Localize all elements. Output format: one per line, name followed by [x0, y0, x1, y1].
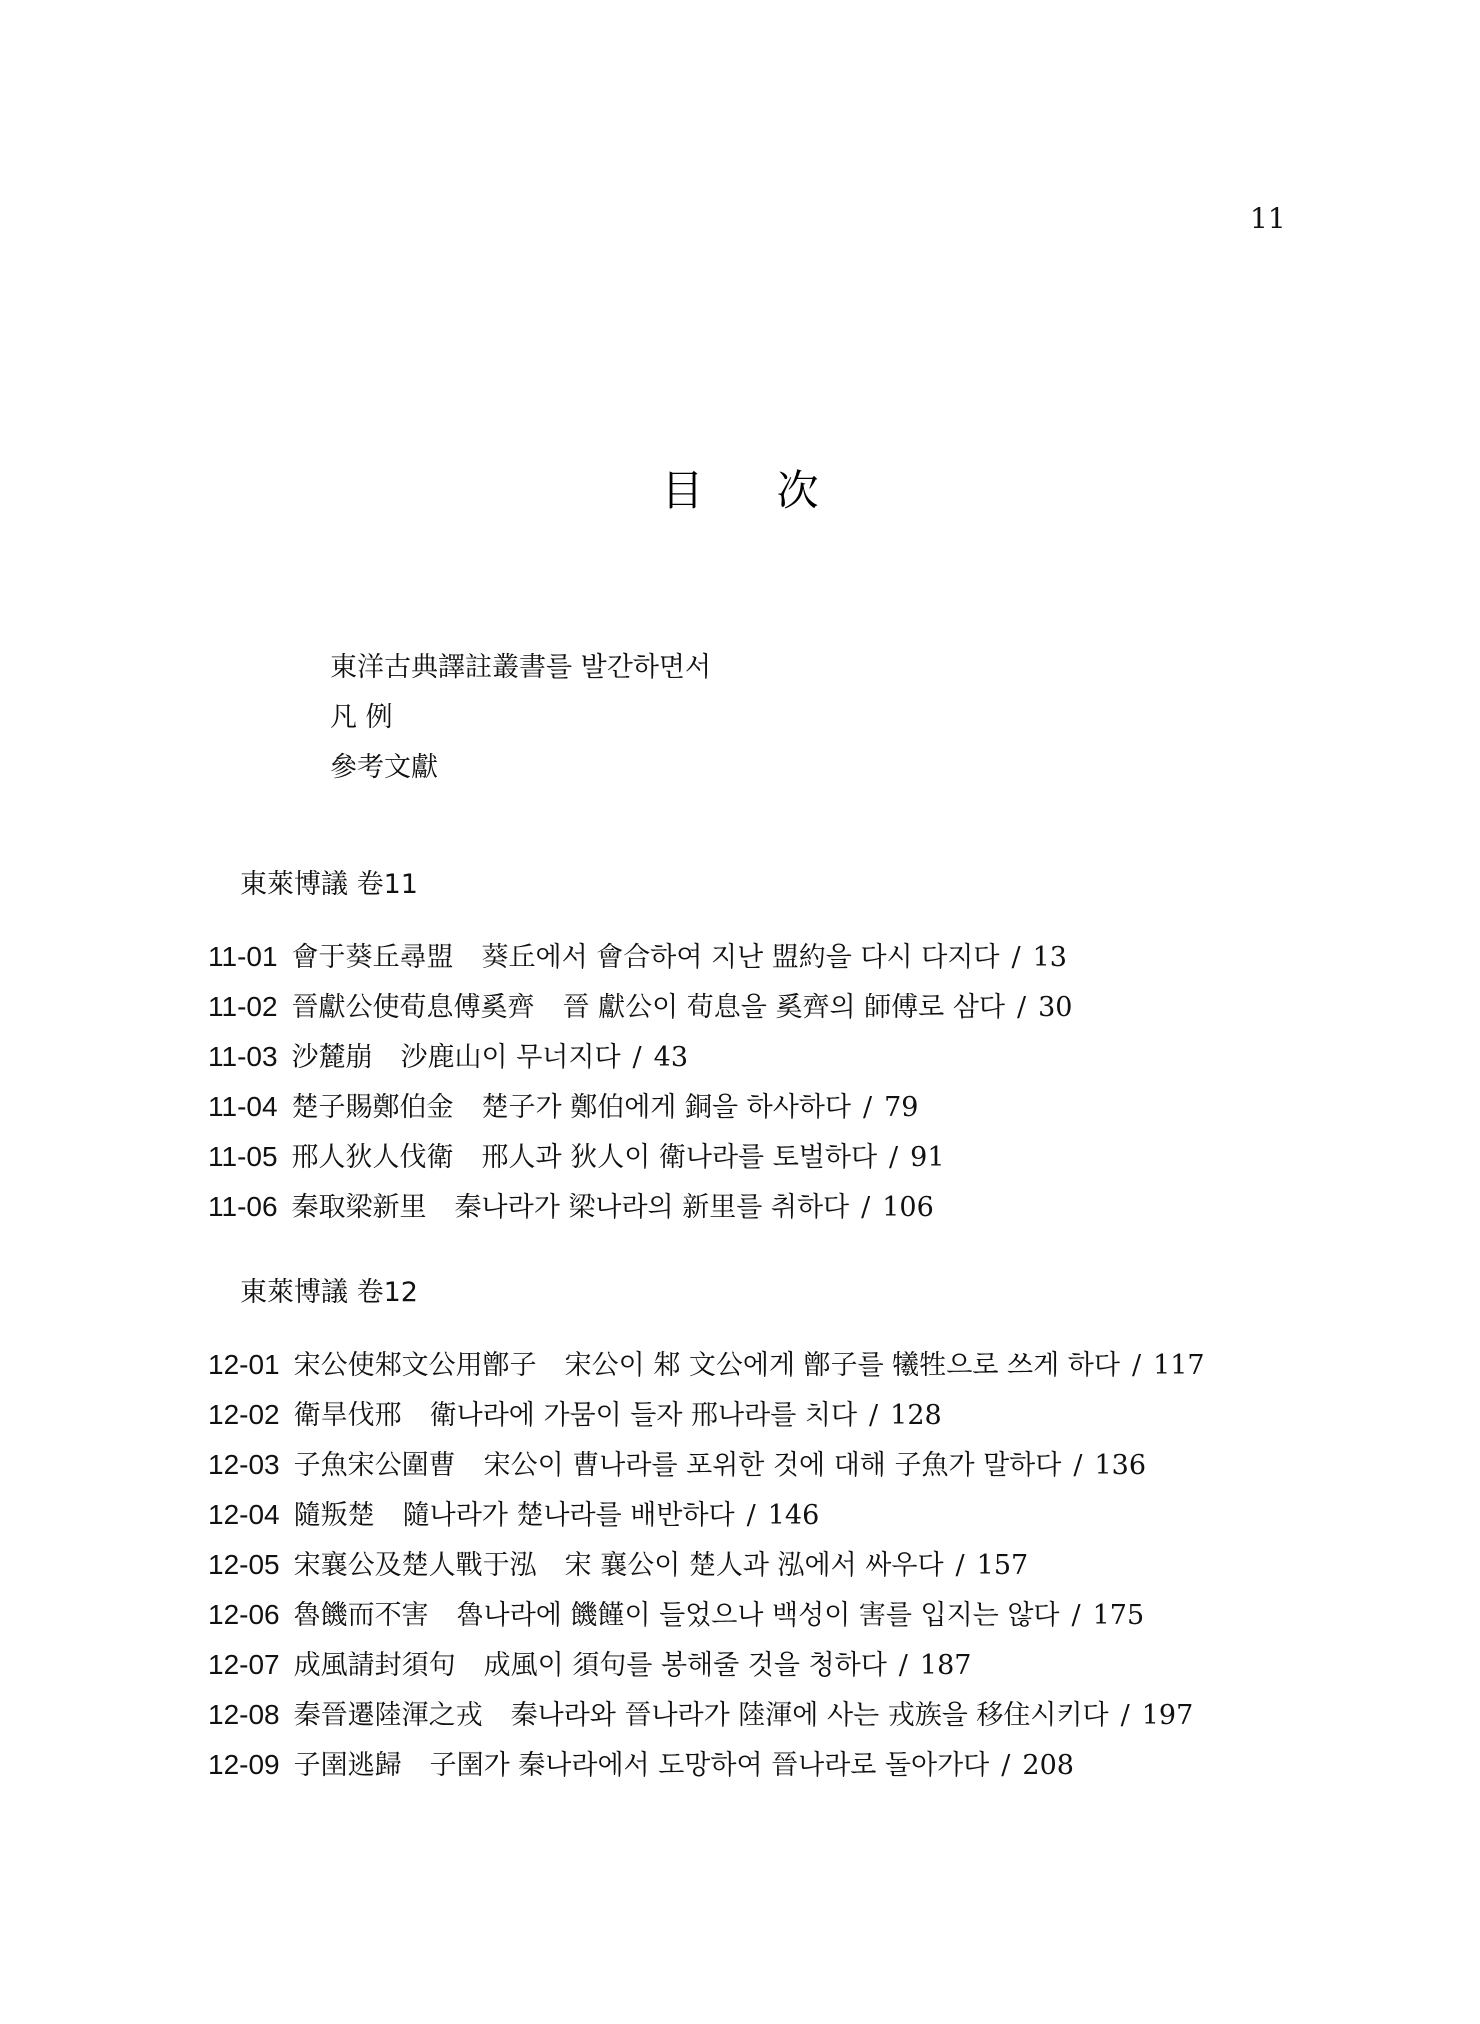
entry-description: 晉 獻公이 荀息을 奚齊의 師傅로 삼다	[563, 992, 1005, 1023]
entry-title: 隨叛楚	[294, 1500, 375, 1531]
toc-entry[interactable]: 12-08秦晉遷陸渾之戎秦나라와 晉나라가 陸渾에 사는 戎族을 移住시키다/1…	[208, 1690, 1205, 1740]
entry-code: 11-04	[208, 1082, 278, 1132]
separator: /	[869, 1400, 878, 1431]
entry-page-number: 43	[654, 1042, 688, 1073]
entry-code: 11-05	[208, 1132, 278, 1182]
entry-description: 宋公이 曹나라를 포위한 것에 대해 子魚가 말하다	[484, 1450, 1062, 1481]
entry-page-number: 30	[1038, 992, 1072, 1023]
entry-page-number: 187	[920, 1650, 972, 1681]
toc-section-vol-12: 東萊博議 卷12 12-01宋公使邾文公用鄫子宋公이 邾 文公에게 鄫子를 犧牲…	[208, 1268, 1205, 1790]
section-heading: 東萊博議 卷11	[208, 860, 1072, 910]
entry-title: 沙麓崩	[292, 1042, 373, 1073]
section-heading: 東萊博議 卷12	[208, 1268, 1205, 1318]
entry-code: 12-01	[208, 1340, 280, 1390]
entry-code: 12-06	[208, 1590, 280, 1640]
entry-page-number: 106	[882, 1192, 934, 1223]
entry-page-number: 208	[1022, 1750, 1074, 1781]
toc-entry[interactable]: 11-06秦取梁新里秦나라가 梁나라의 新里를 취하다/106	[208, 1182, 1072, 1232]
entry-title: 魯饑而不害	[294, 1600, 429, 1631]
front-matter-list: 東洋古典譯註叢書를 발간하면서 凡 例 參考文獻	[330, 643, 711, 793]
separator: /	[1072, 1600, 1081, 1631]
entry-page-number: 79	[884, 1092, 918, 1123]
toc-entry[interactable]: 12-01宋公使邾文公用鄫子宋公이 邾 文公에게 鄫子를 犧牲으로 쓰게 하다/…	[208, 1340, 1205, 1390]
entry-code: 12-03	[208, 1440, 280, 1490]
front-matter-item-references[interactable]: 參考文獻	[330, 743, 711, 793]
entry-description: 葵丘에서 會合하여 지난 盟約을 다시 다지다	[482, 942, 1000, 973]
entry-title: 衛旱伐邢	[294, 1400, 402, 1431]
entry-code: 11-01	[208, 932, 278, 982]
entry-code: 12-02	[208, 1390, 280, 1440]
entry-page-number: 128	[890, 1400, 942, 1431]
separator: /	[1121, 1700, 1130, 1731]
entry-code: 12-05	[208, 1540, 280, 1590]
separator: /	[633, 1042, 642, 1073]
entry-title: 成風請封須句	[294, 1650, 456, 1681]
entry-page-number: 91	[910, 1142, 944, 1173]
toc-entry[interactable]: 12-02衛旱伐邢衛나라에 가뭄이 들자 邢나라를 치다/128	[208, 1390, 1205, 1440]
separator: /	[889, 1142, 898, 1173]
toc-entry[interactable]: 12-09子圉逃歸子圉가 秦나라에서 도망하여 晉나라로 돌아가다/208	[208, 1740, 1205, 1790]
entry-page-number: 197	[1142, 1700, 1194, 1731]
separator: /	[1132, 1350, 1141, 1381]
toc-entry[interactable]: 12-04隨叛楚隨나라가 楚나라를 배반하다/146	[208, 1490, 1205, 1540]
entry-code: 11-02	[208, 982, 278, 1032]
entry-code: 12-07	[208, 1640, 280, 1690]
entry-title: 晉獻公使荀息傅奚齊	[292, 992, 535, 1023]
entry-description: 宋公이 邾 文公에게 鄫子를 犧牲으로 쓰게 하다	[565, 1350, 1120, 1381]
entry-code: 12-08	[208, 1690, 280, 1740]
toc-section-vol-11: 東萊博議 卷11 11-01會于葵丘尋盟葵丘에서 會合하여 지난 盟約을 다시 …	[208, 860, 1072, 1232]
separator: /	[1017, 992, 1026, 1023]
entry-page-number: 13	[1033, 942, 1067, 973]
entry-description: 楚子가 鄭伯에게 銅을 하사하다	[482, 1092, 851, 1123]
entry-description: 衛나라에 가뭄이 들자 邢나라를 치다	[430, 1400, 857, 1431]
entry-title: 宋襄公及楚人戰于泓	[294, 1550, 537, 1581]
entry-description: 邢人과 狄人이 衛나라를 토벌하다	[482, 1142, 878, 1173]
toc-entry[interactable]: 12-03子魚宋公圍曹宋公이 曹나라를 포위한 것에 대해 子魚가 말하다/13…	[208, 1440, 1205, 1490]
separator: /	[899, 1650, 908, 1681]
toc-entry[interactable]: 11-04楚子賜鄭伯金楚子가 鄭伯에게 銅을 하사하다/79	[208, 1082, 1072, 1132]
entry-title: 秦晉遷陸渾之戎	[294, 1700, 483, 1731]
entry-list: 12-01宋公使邾文公用鄫子宋公이 邾 文公에게 鄫子를 犧牲으로 쓰게 하다/…	[208, 1340, 1205, 1790]
entry-title: 子魚宋公圍曹	[294, 1450, 456, 1481]
toc-entry[interactable]: 12-05宋襄公及楚人戰于泓宋 襄公이 楚人과 泓에서 싸우다/157	[208, 1540, 1205, 1590]
entry-description: 子圉가 秦나라에서 도망하여 晉나라로 돌아가다	[430, 1750, 990, 1781]
entry-page-number: 117	[1153, 1350, 1205, 1381]
entry-title: 邢人狄人伐衛	[292, 1142, 454, 1173]
entry-list: 11-01會于葵丘尋盟葵丘에서 會合하여 지난 盟約을 다시 다지다/13 11…	[208, 932, 1072, 1232]
separator: /	[1001, 1750, 1010, 1781]
entry-description: 隨나라가 楚나라를 배반하다	[403, 1500, 735, 1531]
entry-title: 秦取梁新里	[292, 1192, 427, 1223]
entry-page-number: 157	[977, 1550, 1029, 1581]
page-number: 11	[1250, 202, 1286, 235]
toc-entry[interactable]: 12-06魯饑而不害魯나라에 饑饉이 들었으나 백성이 害를 입지는 않다/17…	[208, 1590, 1205, 1640]
separator: /	[861, 1192, 870, 1223]
toc-entry[interactable]: 11-03沙麓崩沙鹿山이 무너지다/43	[208, 1032, 1072, 1082]
toc-entry[interactable]: 11-02晉獻公使荀息傅奚齊晉 獻公이 荀息을 奚齊의 師傅로 삼다/30	[208, 982, 1072, 1032]
entry-code: 12-09	[208, 1740, 280, 1790]
entry-description: 秦나라와 晉나라가 陸渾에 사는 戎族을 移住시키다	[511, 1700, 1109, 1731]
entry-description: 魯나라에 饑饉이 들었으나 백성이 害를 입지는 않다	[457, 1600, 1060, 1631]
entry-page-number: 175	[1093, 1600, 1145, 1631]
separator: /	[1011, 942, 1020, 973]
entry-description: 宋 襄公이 楚人과 泓에서 싸우다	[565, 1550, 944, 1581]
entry-code: 11-03	[208, 1032, 278, 1082]
entry-title: 會于葵丘尋盟	[292, 942, 454, 973]
entry-title: 宋公使邾文公用鄫子	[294, 1350, 537, 1381]
separator: /	[1073, 1450, 1082, 1481]
entry-page-number: 136	[1094, 1450, 1146, 1481]
entry-code: 11-06	[208, 1182, 278, 1232]
entry-description: 沙鹿山이 무너지다	[401, 1042, 621, 1073]
entry-description: 成風이 須句를 봉해줄 것을 청하다	[484, 1650, 887, 1681]
separator: /	[747, 1500, 756, 1531]
entry-title: 子圉逃歸	[294, 1750, 402, 1781]
toc-entry[interactable]: 11-05邢人狄人伐衛邢人과 狄人이 衛나라를 토벌하다/91	[208, 1132, 1072, 1182]
entry-page-number: 146	[768, 1500, 820, 1531]
toc-entry[interactable]: 12-07成風請封須句成風이 須句를 봉해줄 것을 청하다/187	[208, 1640, 1205, 1690]
toc-entry[interactable]: 11-01會于葵丘尋盟葵丘에서 會合하여 지난 盟約을 다시 다지다/13	[208, 932, 1072, 982]
front-matter-item-preface[interactable]: 東洋古典譯註叢書를 발간하면서	[330, 643, 711, 693]
entry-description: 秦나라가 梁나라의 新里를 취하다	[455, 1192, 850, 1223]
separator: /	[863, 1092, 872, 1123]
front-matter-item-conventions[interactable]: 凡 例	[330, 693, 711, 743]
entry-title: 楚子賜鄭伯金	[292, 1092, 454, 1123]
separator: /	[956, 1550, 965, 1581]
entry-code: 12-04	[208, 1490, 280, 1540]
page-title: 目 次	[0, 458, 1480, 518]
